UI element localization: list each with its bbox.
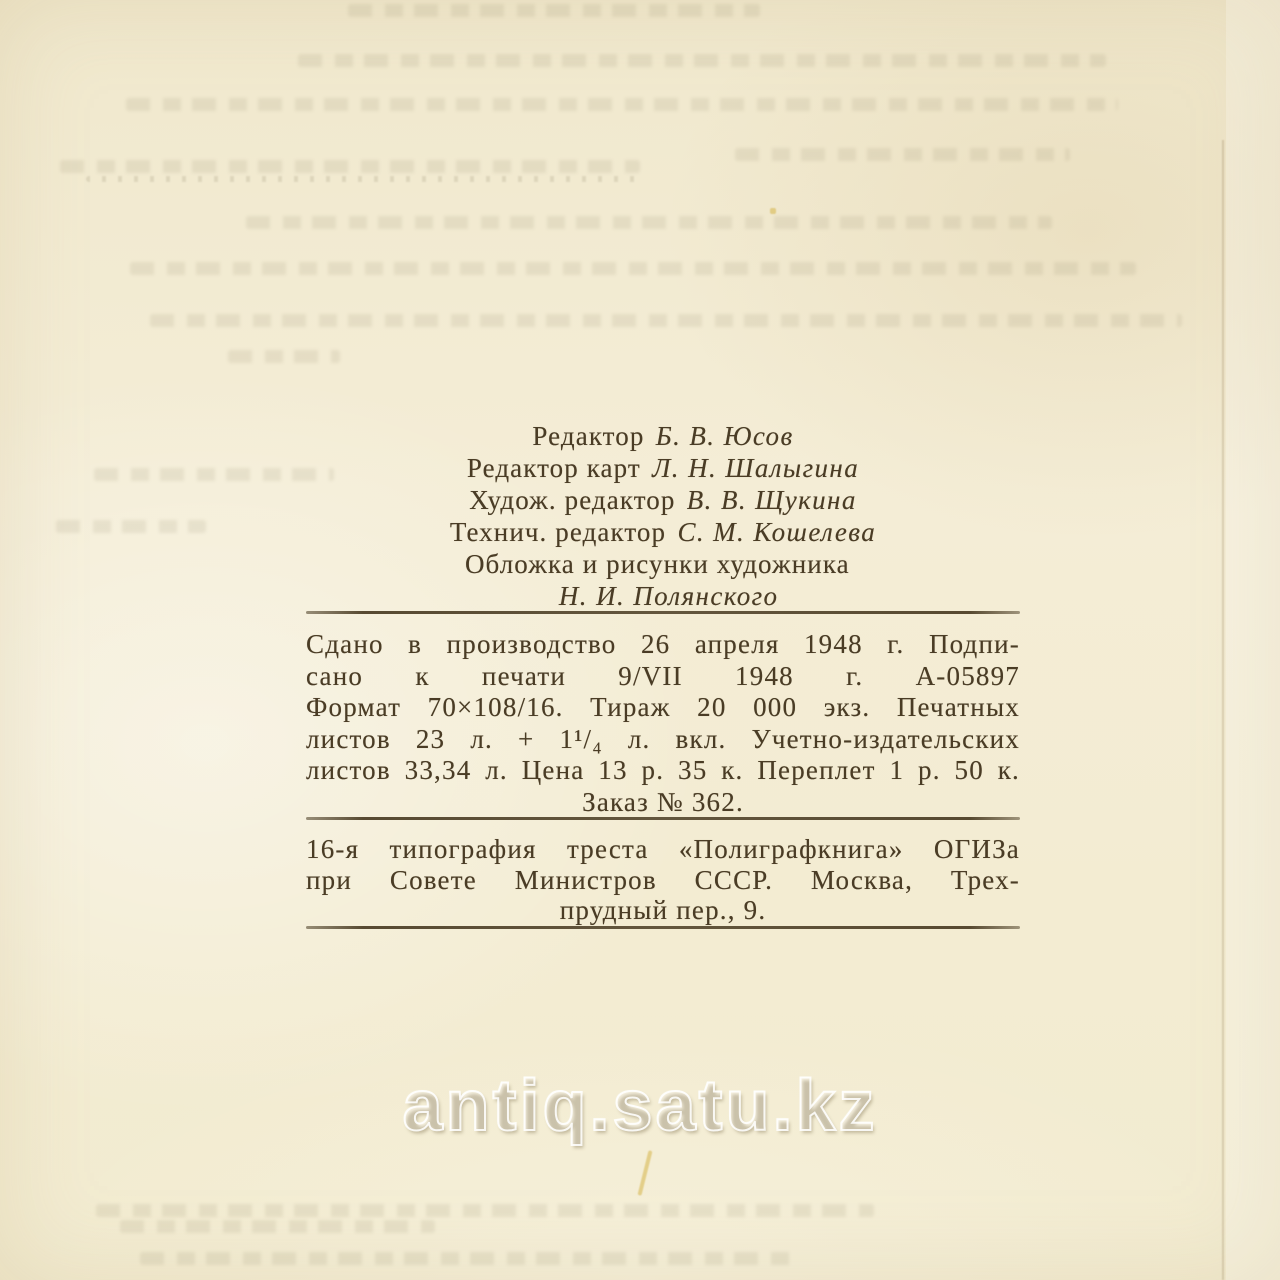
editor-role: Обложка и рисунки художника bbox=[465, 549, 850, 579]
printing-house-block: 16-я типография треста «Полиграфкнига» О… bbox=[306, 834, 1020, 926]
printer-line: 16-я типография треста «Полиграфкнига» О… bbox=[306, 834, 1020, 865]
editor-name: Б. В. Юсов bbox=[656, 421, 794, 451]
ghost-text-line bbox=[246, 216, 1052, 229]
editor-credit-line: Худож. редакторВ. В. Щукина bbox=[306, 484, 1020, 516]
ghost-text-line bbox=[126, 98, 1118, 111]
ghost-text-line bbox=[130, 262, 1136, 275]
paper-fleck bbox=[637, 1150, 652, 1196]
paper-fleck bbox=[770, 208, 776, 214]
divider-rule bbox=[306, 611, 1020, 614]
ghost-text-line bbox=[60, 160, 640, 173]
ghost-text-line bbox=[228, 350, 340, 363]
imprint-line: листов 23 л. + 1¹/₄ л. вкл. Учетно-издат… bbox=[306, 724, 1020, 756]
editor-role: Редактор карт bbox=[467, 453, 641, 483]
imprint-block: Сдано в производство 26 апреля 1948 г. П… bbox=[306, 629, 1020, 818]
ghost-text-line bbox=[298, 54, 1106, 67]
ghost-text-line bbox=[150, 314, 1182, 327]
ghost-text-line bbox=[120, 1220, 435, 1233]
editor-credit-line: Обложка и рисунки художника bbox=[306, 548, 1020, 580]
editors-credits-block: РедакторБ. В. Юсов Редактор картЛ. Н. Ша… bbox=[306, 420, 1020, 612]
ghost-text-line bbox=[140, 1252, 792, 1265]
editor-credit-line: Н. И. Полянского bbox=[306, 580, 1020, 612]
editor-role: Редактор bbox=[532, 421, 644, 451]
ghost-text-line bbox=[94, 468, 334, 481]
divider-rule bbox=[306, 926, 1020, 929]
editor-name: С. М. Кошелева bbox=[677, 517, 876, 547]
imprint-line: Заказ № 362. bbox=[306, 787, 1020, 819]
editor-role: Худож. редактор bbox=[469, 485, 675, 515]
ghost-text-line bbox=[348, 4, 760, 17]
imprint-line: Формат 70×108/16. Тираж 20 000 экз. Печа… bbox=[306, 692, 1020, 724]
editor-name: В. В. Щукина bbox=[687, 485, 857, 515]
divider-rule bbox=[306, 817, 1020, 820]
imprint-line: Сдано в производство 26 апреля 1948 г. П… bbox=[306, 629, 1020, 661]
editor-name: Н. И. Полянского bbox=[559, 581, 779, 611]
printer-line: при Совете Министров СССР. Москва, Трех- bbox=[306, 865, 1020, 896]
ghost-text-line bbox=[56, 520, 206, 533]
editor-credit-line: Редактор картЛ. Н. Шалыгина bbox=[306, 452, 1020, 484]
editor-credit-line: Технич. редакторС. М. Кошелева bbox=[306, 516, 1020, 548]
editor-role: Технич. редактор bbox=[450, 517, 666, 547]
editor-credit-line: РедакторБ. В. Юсов bbox=[306, 420, 1020, 452]
editor-name: Л. Н. Шалыгина bbox=[652, 453, 859, 483]
book-page-photo: РедакторБ. В. Юсов Редактор картЛ. Н. Ша… bbox=[0, 0, 1280, 1280]
ghost-text-line bbox=[96, 1204, 874, 1217]
imprint-line: сано к печати 9/VII 1948 г. А-05897 bbox=[306, 661, 1020, 693]
ghost-text-line bbox=[735, 148, 1070, 161]
ghost-dotted-leader bbox=[86, 176, 646, 182]
imprint-line: листов 33,34 л. Цена 13 р. 35 к. Перепле… bbox=[306, 755, 1020, 787]
printer-line: прудный пер., 9. bbox=[306, 895, 1020, 926]
watermark-text: antiq.satu.kz bbox=[0, 1070, 1280, 1142]
